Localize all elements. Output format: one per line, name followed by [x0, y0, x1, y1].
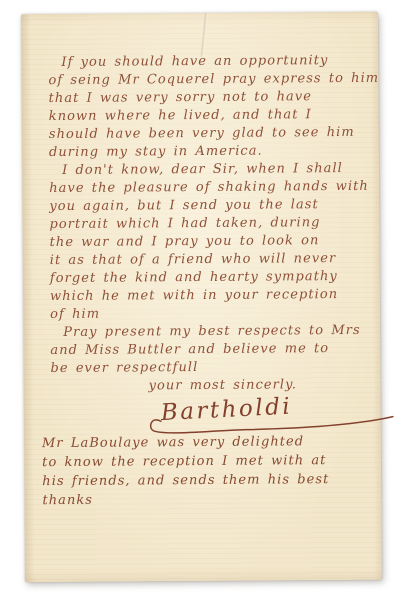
letter-line: and Miss Buttler and believe me to: [50, 340, 372, 360]
paper-crease: [201, 13, 208, 57]
letter-line: have the pleasure of shaking hands with: [49, 178, 371, 198]
letter-line: should have been very glad to see him: [49, 124, 371, 144]
letter-line: If you should have an opportunity: [48, 52, 370, 72]
letter-line: known where he lived, and that I: [49, 106, 371, 126]
postscript-line: Mr LaBoulaye was very delighted: [42, 432, 373, 453]
valediction: your most sincerly.: [51, 376, 373, 396]
postscript-line: his friends, and sends them his best: [42, 470, 373, 491]
letter-line: it as that of a friend who will never: [50, 250, 372, 270]
postscript-line: thanks: [42, 489, 373, 510]
signature-text: Bartholdi: [160, 394, 293, 427]
letter-line: of him: [50, 304, 372, 324]
letter-line: I don't know, dear Sir, when I shall: [49, 160, 371, 180]
letter-line: that I was very sorry not to have: [49, 88, 371, 108]
letter-line: the war and I pray you to look on: [50, 232, 372, 252]
signature: Bartholdi: [161, 396, 373, 427]
letter-line: portrait which I had taken, during: [49, 214, 371, 234]
letter-line: you again, but I send you the last: [49, 196, 371, 216]
letter-line: of seing Mr Coquerel pray express to him: [48, 70, 370, 90]
letter-line: which he met with in your reception: [50, 286, 372, 306]
letter-text: If you should have an opportunity of sei…: [48, 52, 373, 510]
letter-photo: If you should have an opportunity of sei…: [0, 0, 401, 600]
letter-line: forget the kind and hearty sympathy: [50, 268, 372, 288]
letter-line: Pray present my best respects to Mrs: [50, 322, 372, 342]
letter-line: during my stay in America.: [49, 142, 371, 162]
postscript: Mr LaBoulaye was very delighted to know …: [42, 432, 374, 510]
postscript-line: to know the reception I met with at: [42, 451, 373, 472]
letter-line: be ever respectfull: [50, 358, 372, 378]
letter-page: If you should have an opportunity of sei…: [21, 12, 382, 582]
